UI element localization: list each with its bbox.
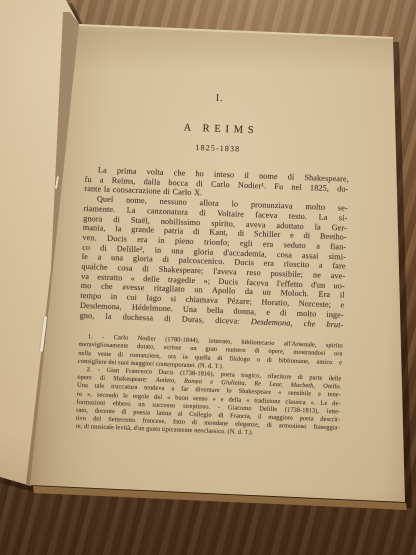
printed-page-text: I. A REIMS 1825-1838 La prima volta che … bbox=[75, 88, 351, 441]
footnotes-block: 1. - Carlo Nodier (1780-1844), letterato… bbox=[75, 333, 342, 441]
chapter-title: A REIMS bbox=[86, 119, 350, 140]
body-paragraphs: La prima volta che ho inteso il nome di … bbox=[79, 165, 349, 330]
book-photo: I. A REIMS 1825-1838 La prima volta che … bbox=[0, 0, 416, 555]
chapter-dates: 1825-1838 bbox=[86, 139, 350, 158]
